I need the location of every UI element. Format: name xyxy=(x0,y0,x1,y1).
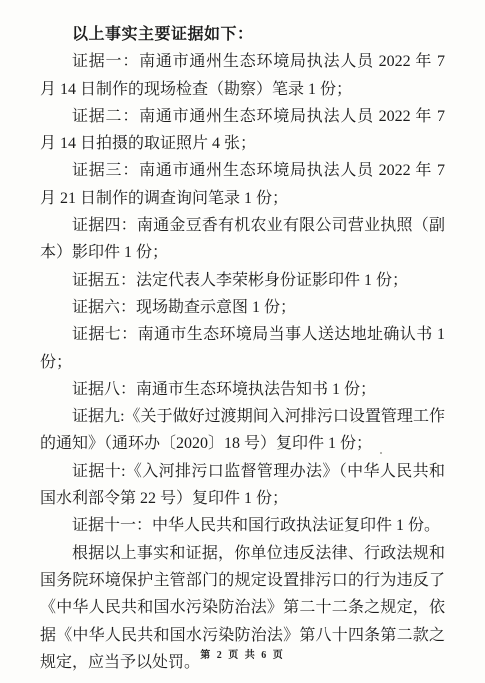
evidence-label: 证据十: xyxy=(72,463,126,480)
evidence-item-5: 证据五：法定代表人李荣彬身份证影印件 1 份； xyxy=(40,267,445,294)
evidence-label: 证据六： xyxy=(72,299,136,316)
document-page: 以上事实主要证据如下： 证据一：南通市通州生态环境局执法人员 2022 年 7 … xyxy=(0,0,485,683)
evidence-item-9: 证据九:《关于做好过渡期间入河排污口设置管理工作的通知》（通环办〔2020〕18… xyxy=(40,403,445,458)
page-footer: 第 2 页 共 6 页 xyxy=(0,646,485,661)
scan-speckle xyxy=(430,468,432,470)
evidence-item-2: 证据二：南通市通州生态环境局执法人员 2022 年 7 月 14 日拍摄的取证照… xyxy=(40,103,445,158)
evidence-label: 证据二： xyxy=(72,108,139,125)
intro-line: 以上事实主要证据如下： xyxy=(40,21,445,48)
page-indicator: 第 2 页 共 6 页 xyxy=(200,650,285,661)
scan-speckle xyxy=(380,452,382,454)
evidence-label: 证据五： xyxy=(72,272,136,289)
evidence-label: 证据三： xyxy=(72,162,139,179)
evidence-text: 现场勘查示意图 1 份； xyxy=(136,299,296,316)
evidence-text: 中华人民共和国行政执法证复印件 1 份。 xyxy=(152,517,440,534)
document-body: 以上事实主要证据如下： 证据一：南通市通州生态环境局执法人员 2022 年 7 … xyxy=(40,21,445,676)
evidence-item-3: 证据三：南通市通州生态环境局执法人员 2022 年 7 月 21 日制作的调查询… xyxy=(40,157,445,212)
evidence-label: 证据一： xyxy=(72,53,139,70)
evidence-item-1: 证据一：南通市通州生态环境局执法人员 2022 年 7 月 14 日制作的现场检… xyxy=(40,48,445,103)
evidence-item-11: 证据十一：中华人民共和国行政执法证复印件 1 份。 xyxy=(40,512,445,539)
evidence-item-10: 证据十:《入河排污口监督管理办法》（中华人民共和国水利部令第 22 号）复印件 … xyxy=(40,458,445,513)
evidence-text: 南通市生态环境执法告知书 1 份； xyxy=(136,381,376,398)
evidence-item-7: 证据七：南通市生态环境局当事人送达地址确认书 1 份； xyxy=(40,321,445,376)
evidence-item-6: 证据六：现场勘查示意图 1 份； xyxy=(40,294,445,321)
evidence-item-4: 证据四：南通金豆香有机农业有限公司营业执照（副本）影印件 1 份； xyxy=(40,212,445,267)
evidence-label: 证据七： xyxy=(72,326,138,343)
evidence-label: 证据四： xyxy=(72,217,137,234)
evidence-label: 证据十一： xyxy=(72,517,152,534)
intro-text: 以上事实主要证据如下： xyxy=(72,26,254,43)
evidence-label: 证据九: xyxy=(72,408,125,425)
evidence-text: 法定代表人李荣彬身份证影印件 1 份； xyxy=(136,272,408,289)
evidence-label: 证据八： xyxy=(72,381,136,398)
evidence-item-8: 证据八：南通市生态环境执法告知书 1 份； xyxy=(40,376,445,403)
